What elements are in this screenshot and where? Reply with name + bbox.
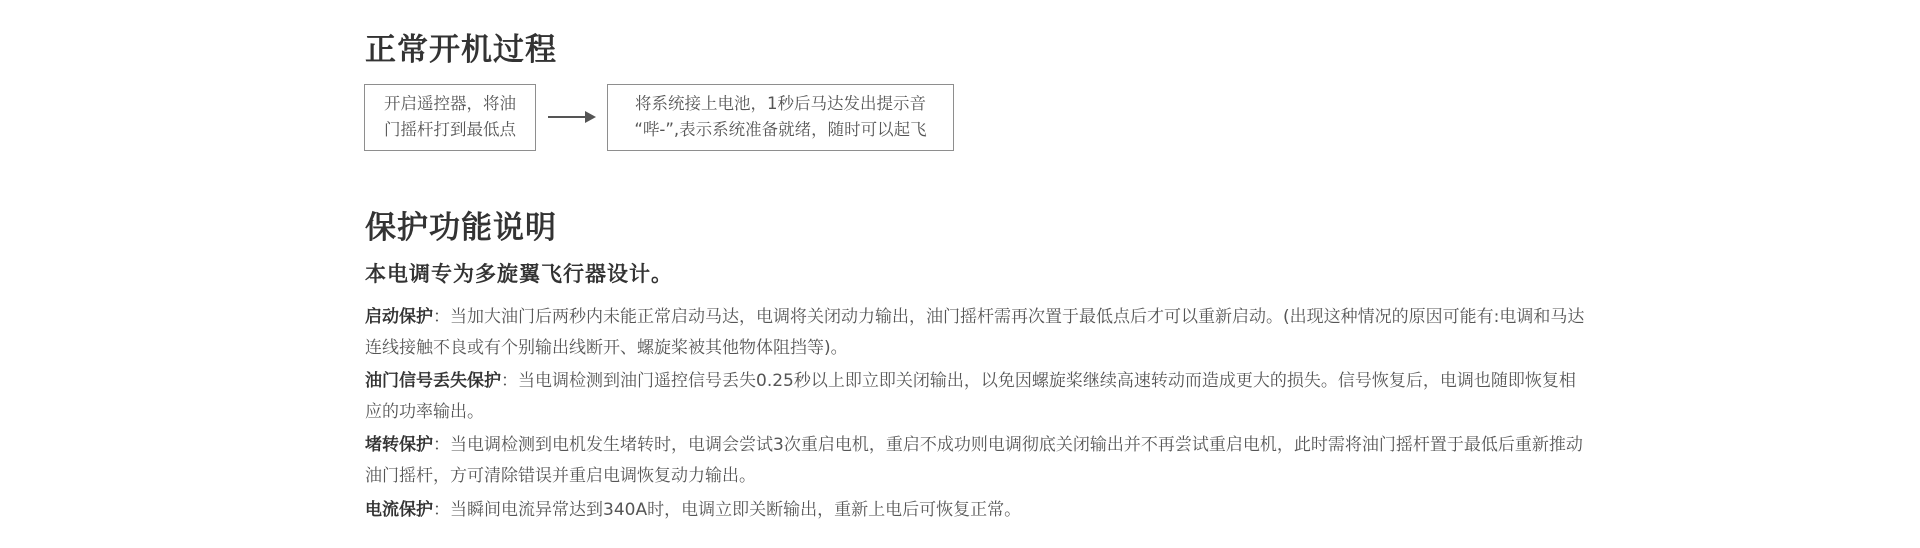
right-arrow-icon xyxy=(548,116,586,118)
protection-label: 油门信号丢失保护 xyxy=(365,371,501,391)
step-2-line-2: “哔-”,表示系统准备就绪，随时可以起飞 xyxy=(608,117,953,143)
protection-text: 当电调检测到油门遥控信号丢失0.25秒以上即立即关闭输出，以免因螺旋桨继续高速转… xyxy=(365,371,1576,422)
protection-text: 当加大油门后两秒内未能正常启动马达，电调将关闭动力输出，油门摇杆需再次置于最低点… xyxy=(365,307,1584,358)
protection-text: 当电调检测到电机发生堵转时，电调会尝试3次重启电机，重启不成功则电调彻底关闭输出… xyxy=(365,435,1583,486)
section-title-startup: 正常开机过程 xyxy=(365,30,557,70)
step-box-1: 开启遥控器，将油 门摇杆打到最低点 xyxy=(364,84,536,151)
protection-item-stall: 堵转保护：当电调检测到电机发生堵转时，电调会尝试3次重启电机，重启不成功则电调彻… xyxy=(365,430,1585,492)
protection-item-signal-loss: 油门信号丢失保护：当电调检测到油门遥控信号丢失0.25秒以上即立即关闭输出，以免… xyxy=(365,366,1585,428)
protection-item-startup: 启动保护：当加大油门后两秒内未能正常启动马达，电调将关闭动力输出，油门摇杆需再次… xyxy=(365,302,1585,364)
step-1-line-2: 门摇杆打到最低点 xyxy=(365,117,535,143)
step-2-line-1: 将系统接上电池，1秒后马达发出提示音 xyxy=(608,91,953,117)
step-1-line-1: 开启遥控器，将油 xyxy=(365,91,535,117)
section-title-protection: 保护功能说明 xyxy=(365,208,557,248)
protection-label: 堵转保护 xyxy=(365,435,433,455)
protection-label: 启动保护 xyxy=(365,307,433,327)
step-box-2: 将系统接上电池，1秒后马达发出提示音 “哔-”,表示系统准备就绪，随时可以起飞 xyxy=(607,84,954,151)
protection-label: 电流保护 xyxy=(365,500,433,520)
protection-item-current: 电流保护：当瞬间电流异常达到340A时，电调立即关断输出，重新上电后可恢复正常。 xyxy=(365,495,1585,526)
protection-text: 当瞬间电流异常达到340A时，电调立即关断输出，重新上电后可恢复正常。 xyxy=(450,500,1021,520)
section-subtitle: 本电调专为多旋翼飞行器设计。 xyxy=(365,258,673,288)
